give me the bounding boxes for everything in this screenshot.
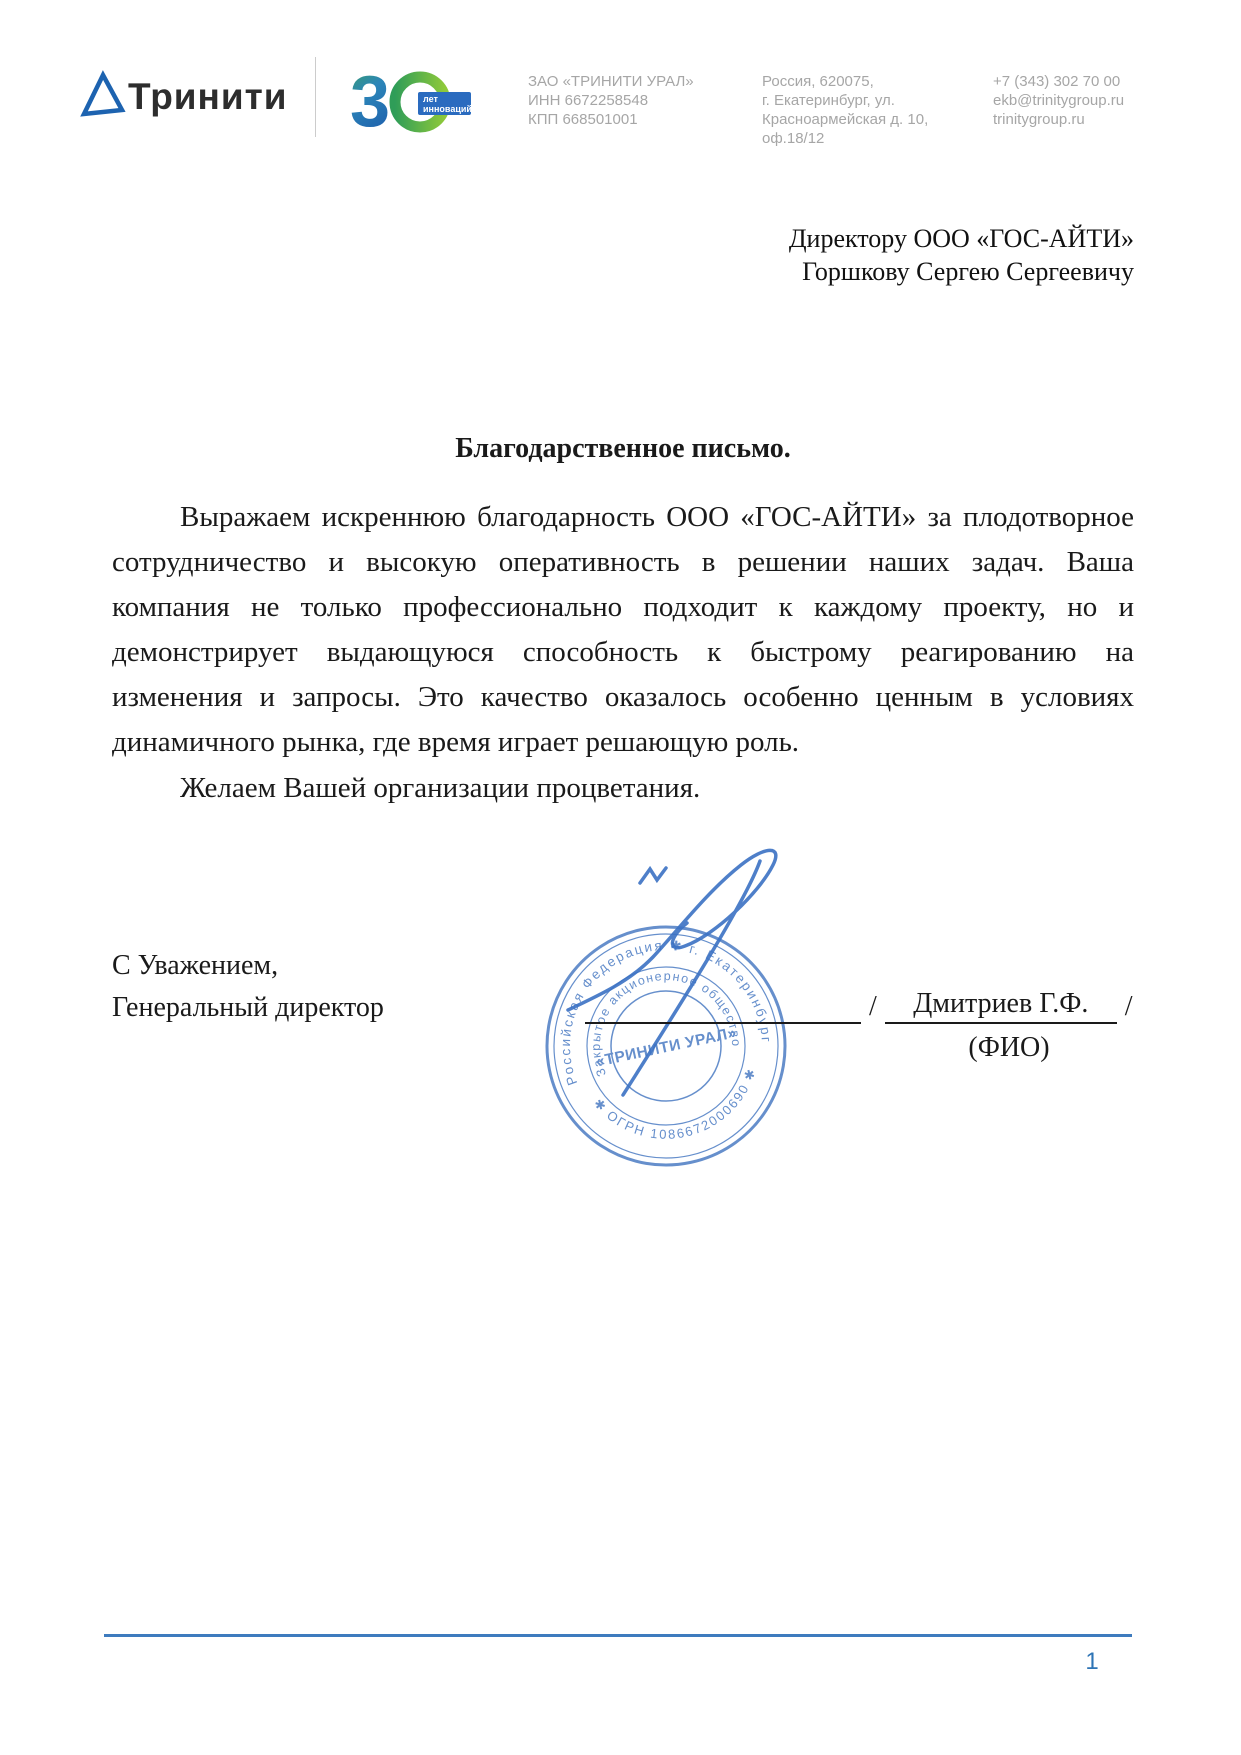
recipient-title: Директору ООО «ГОС-АЙТИ»	[789, 222, 1134, 255]
name-caption: (ФИО)	[893, 1032, 1125, 1064]
phone: +7 (343) 302 70 00	[993, 72, 1124, 91]
letter-title: Благодарственное письмо.	[112, 433, 1134, 465]
signature-line-row: / Дмитриев Г.Ф. /	[585, 988, 1141, 1024]
company-kpp: КПП 668501001	[528, 110, 694, 129]
letter-closing: Желаем Вашей организации процветания.	[112, 766, 1134, 811]
letterhead: Тринити 3 лет инноваций	[0, 0, 1241, 180]
recipient-name: Горшкову Сергею Сергеевичу	[789, 255, 1134, 288]
salutation: С Уважением,	[112, 950, 278, 982]
letter-page: Тринити 3 лет инноваций	[0, 0, 1241, 1755]
trinity-logo-triangle-icon	[76, 70, 128, 122]
recipient-block: Директору ООО «ГОС-АЙТИ» Горшкову Сергею…	[789, 222, 1134, 288]
company-name: ЗАО «ТРИНИТИ УРАЛ»	[528, 72, 694, 91]
signer-name: Дмитриев Г.Ф.	[885, 988, 1117, 1024]
logo-divider	[315, 57, 316, 137]
brand-name: Тринити	[128, 76, 288, 118]
anniversary-badge: лет инноваций	[418, 92, 472, 115]
svg-text:инноваций: инноваций	[423, 104, 472, 114]
company-contacts: +7 (343) 302 70 00 ekb@trinitygroup.ru t…	[993, 72, 1124, 129]
signer-position: Генеральный директор	[112, 992, 384, 1024]
handwritten-signature	[545, 843, 805, 1113]
signature-line	[585, 988, 861, 1024]
svg-text:3: 3	[350, 64, 390, 139]
website: trinitygroup.ru	[993, 110, 1124, 129]
footer-rule	[104, 1634, 1132, 1637]
separator-slash: /	[1125, 990, 1133, 1024]
company-details: ЗАО «ТРИНИТИ УРАЛ» ИНН 6672258548 КПП 66…	[528, 72, 694, 129]
svg-text:лет: лет	[423, 94, 438, 104]
email: ekb@trinitygroup.ru	[993, 91, 1124, 110]
page-number: 1	[1062, 1648, 1122, 1676]
separator-slash: /	[869, 990, 877, 1024]
company-address: Россия, 620075, г. Екатеринбург, ул. Кра…	[762, 72, 928, 148]
letter-body: Выражаем искреннюю благодарность ООО «ГО…	[112, 495, 1134, 765]
anniversary-30-logo-icon: 3 лет инноваций	[348, 64, 473, 139]
company-inn: ИНН 6672258548	[528, 91, 694, 110]
